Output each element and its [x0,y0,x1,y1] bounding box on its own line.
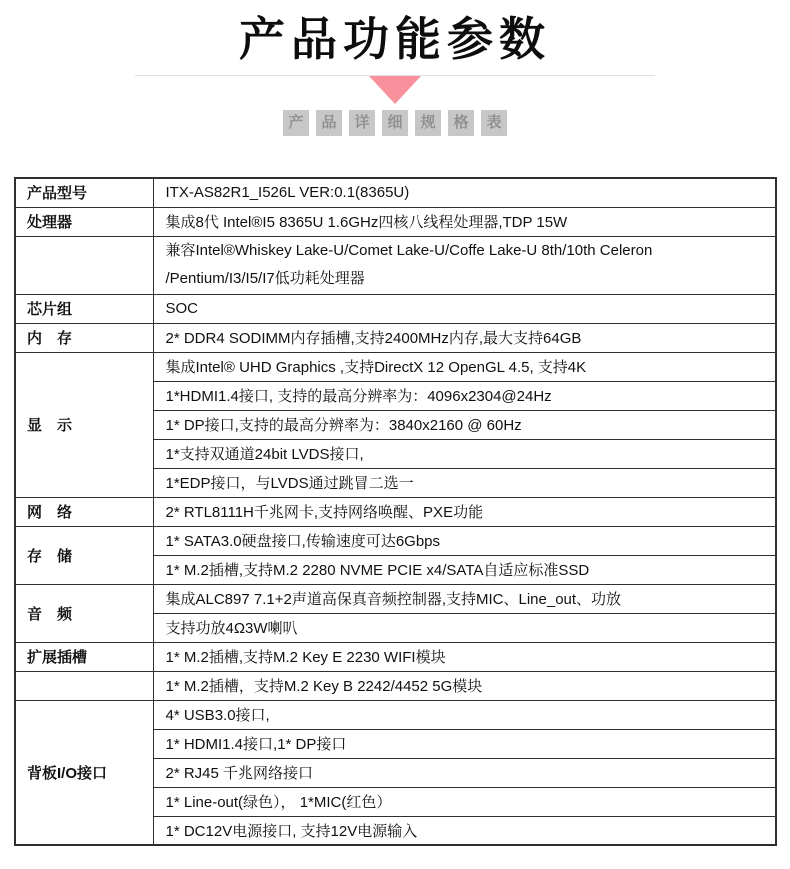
spec-value-cell: 集成ALC897 7.1+2声道高保真音频控制器,支持MIC、Line_out、… [153,584,776,613]
spec-label-cell: 存 储 [15,526,153,584]
spec-value-cell: 1* M.2插槽，支持M.2 Key B 2242/4452 5G模块 [153,671,776,700]
spec-value-cell: 集成8代 Intel®I5 8365U 1.6GHz四核八线程处理器,TDP 1… [153,207,776,236]
spec-value-cell: 集成Intel® UHD Graphics ,支持DirectX 12 Open… [153,352,776,381]
table-row: 网 络 2* RTL8111H千兆网卡,支持网络唤醒、PXE功能 [15,497,776,526]
spec-value-cell: 2* RJ45 千兆网络接口 [153,758,776,787]
spec-label-cell: 芯片组 [15,294,153,323]
spec-value-cell: 1* DP接口,支持的最高分辨率为：3840x2160 @ 60Hz [153,410,776,439]
down-triangle-icon [369,76,421,104]
spec-value-cell: SOC [153,294,776,323]
table-row: 内 存 2* DDR4 SODIMM内存插槽,支持2400MHz内存,最大支持6… [15,323,776,352]
spec-label-cell: 产品型号 [15,178,153,207]
table-row: 产品型号 ITX-AS82R1_I526L VER:0.1(8365U) [15,178,776,207]
spec-label-cell: 网 络 [15,497,153,526]
spec-label-cell: 内 存 [15,323,153,352]
subtitle-char-box: 产 [283,110,309,136]
spec-label-cell: 背板I/O接口 [15,700,153,845]
spec-label-cell [15,236,153,294]
spec-label-cell: 扩展插槽 [15,642,153,671]
table-row: 处理器 集成8代 Intel®I5 8365U 1.6GHz四核八线程处理器,T… [15,207,776,236]
spec-value-cell: 1* SATA3.0硬盘接口,传输速度可达6Gbps [153,526,776,555]
spec-value-cell: 支持功放4Ω3W喇叭 [153,613,776,642]
table-row: 显 示 集成Intel® UHD Graphics ,支持DirectX 12 … [15,352,776,381]
spec-label-cell: 显 示 [15,352,153,497]
spec-value-cell: 1*HDMI1.4接口, 支持的最高分辨率为：4096x2304@24Hz [153,381,776,410]
spec-label-cell: 处理器 [15,207,153,236]
spec-value-cell: 1*EDP接口，与LVDS通过跳冒二选一 [153,468,776,497]
spec-label-cell [15,671,153,700]
subtitle-char-box: 表 [481,110,507,136]
spec-value-cell: 1* DC12V电源接口, 支持12V电源输入 [153,816,776,845]
table-row: 芯片组 SOC [15,294,776,323]
spec-value-cell: 1* Line-out(绿色）， 1*MIC(红色） [153,787,776,816]
spec-value-cell: 兼容Intel®Whiskey Lake-U/Comet Lake-U/Coff… [153,236,776,294]
subtitle-char-box: 格 [448,110,474,136]
table-row: 兼容Intel®Whiskey Lake-U/Comet Lake-U/Coff… [15,236,776,294]
spec-value-cell: 2* DDR4 SODIMM内存插槽,支持2400MHz内存,最大支持64GB [153,323,776,352]
spec-value-cell: 1*支持双通道24bit LVDS接口, [153,439,776,468]
subtitle-banner: 产 品 详 细 规 格 表 [0,110,790,136]
table-row: 音 频 集成ALC897 7.1+2声道高保真音频控制器,支持MIC、Line_… [15,584,776,613]
subtitle-char-box: 细 [382,110,408,136]
table-row: 存 储 1* SATA3.0硬盘接口,传输速度可达6Gbps [15,526,776,555]
subtitle-char-box: 品 [316,110,342,136]
spec-value-cell: 2* RTL8111H千兆网卡,支持网络唤醒、PXE功能 [153,497,776,526]
spec-table: 产品型号 ITX-AS82R1_I526L VER:0.1(8365U) 处理器… [14,177,777,846]
spec-value-cell: 1* M.2插槽,支持M.2 2280 NVME PCIE x4/SATA自适应… [153,555,776,584]
spec-value-cell: 1* M.2插槽,支持M.2 Key E 2230 WIFI模块 [153,642,776,671]
table-row: 背板I/O接口 4* USB3.0接口, [15,700,776,729]
table-row: 1* M.2插槽，支持M.2 Key B 2242/4452 5G模块 [15,671,776,700]
spec-value-cell: ITX-AS82R1_I526L VER:0.1(8365U) [153,178,776,207]
spec-label-cell: 音 频 [15,584,153,642]
subtitle-char-box: 详 [349,110,375,136]
table-row: 扩展插槽 1* M.2插槽,支持M.2 Key E 2230 WIFI模块 [15,642,776,671]
spec-value-cell: 4* USB3.0接口, [153,700,776,729]
product-spec-page: 产品功能参数 产 品 详 细 规 格 表 产品型号 ITX-AS82R1_I52… [0,0,790,869]
subtitle-char-box: 规 [415,110,441,136]
spec-value-cell: 1* HDMI1.4接口,1* DP接口 [153,729,776,758]
page-title: 产品功能参数 [0,10,790,68]
